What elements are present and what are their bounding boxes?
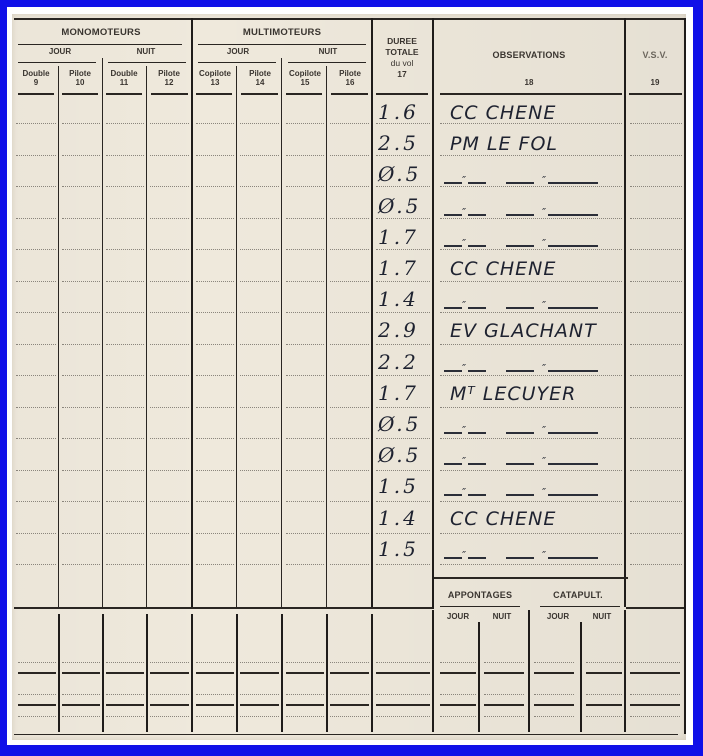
- duree-value: Ø.5: [378, 443, 421, 467]
- footer-row-guide: [286, 662, 324, 663]
- row-guide: [150, 281, 189, 282]
- footer-column-line: [281, 614, 283, 732]
- column-line: [102, 58, 103, 607]
- row-guide: [440, 281, 622, 282]
- duree-value: 1.5: [378, 537, 419, 561]
- row-guide: [196, 155, 234, 156]
- row-guide: [240, 281, 279, 282]
- footer-row-guide: [376, 662, 430, 663]
- row-guide: [196, 375, 234, 376]
- footer-total-line: [286, 704, 324, 706]
- footer-total-line: [534, 672, 574, 674]
- row-guide: [16, 281, 56, 282]
- row-guide: [330, 312, 369, 313]
- row-guide: [330, 470, 369, 471]
- footer-column-line: [236, 614, 238, 732]
- row-guide: [240, 123, 279, 124]
- column-line: [371, 18, 373, 607]
- ditto-mark: ″: [542, 549, 546, 562]
- row-guide: [16, 218, 56, 219]
- footer-box-left: [432, 577, 434, 609]
- footer-row-guide: [484, 662, 524, 663]
- footer-total-line: [586, 672, 622, 674]
- footer-total-line: [62, 672, 100, 674]
- header-vsv-number: 19: [626, 79, 684, 88]
- ditto-dash: [444, 494, 462, 496]
- row-guide: [630, 407, 682, 408]
- ditto-dash: [506, 432, 534, 434]
- observation-text: CC CHENE: [450, 102, 556, 124]
- row-guide: [150, 155, 189, 156]
- duree-value: Ø.5: [378, 162, 421, 186]
- row-guide: [330, 407, 369, 408]
- row-guide: [16, 123, 56, 124]
- footer-row-guide: [62, 694, 100, 695]
- row-guide: [330, 218, 369, 219]
- row-guide: [240, 312, 279, 313]
- row-guide: [150, 564, 189, 565]
- ditto-dash: [468, 307, 486, 309]
- footer-total-line: [440, 704, 476, 706]
- footer-column-line: [102, 614, 104, 732]
- header-rule: [106, 93, 142, 95]
- ditto-dash: [564, 557, 598, 559]
- header-rule: [331, 93, 368, 95]
- footer-total-line: [62, 704, 100, 706]
- column-line: [624, 18, 626, 607]
- row-guide: [106, 155, 144, 156]
- ditto-dash: [444, 432, 462, 434]
- row-guide: [196, 186, 234, 187]
- row-guide: [376, 375, 430, 376]
- row-guide: [630, 281, 682, 282]
- row-guide: [240, 155, 279, 156]
- row-guide: [150, 249, 189, 250]
- column-line: [326, 66, 327, 607]
- top-rule: [14, 18, 684, 20]
- footer-separator: [14, 607, 432, 609]
- row-guide: [196, 344, 234, 345]
- row-guide: [330, 249, 369, 250]
- row-guide: [62, 123, 100, 124]
- header-rule: [151, 93, 188, 95]
- row-guide: [16, 564, 56, 565]
- ditto-mark: ″: [462, 549, 466, 562]
- ditto-mark: ″: [542, 486, 546, 499]
- footer-row-guide: [150, 662, 189, 663]
- row-guide: [196, 470, 234, 471]
- row-guide: [106, 533, 144, 534]
- row-guide: [106, 123, 144, 124]
- row-guide: [330, 155, 369, 156]
- row-guide: [330, 533, 369, 534]
- footer-column-line: [191, 614, 193, 732]
- ditto-dash: [506, 245, 534, 247]
- row-guide: [240, 218, 279, 219]
- ditto-dash: [468, 214, 486, 216]
- ditto-dash: [506, 182, 534, 184]
- row-guide: [240, 564, 279, 565]
- ditto-dash: [564, 370, 598, 372]
- divider: [288, 62, 366, 63]
- row-guide: [106, 501, 144, 502]
- header-monomoteurs: MONOMOTEURS: [16, 28, 186, 38]
- footer-total-line: [240, 672, 279, 674]
- ditto-mark: ″: [542, 206, 546, 219]
- ditto-dash: [548, 214, 564, 216]
- row-guide: [630, 312, 682, 313]
- catapult-nuit: NUIT: [584, 613, 620, 622]
- ditto-mark: ″: [462, 237, 466, 250]
- footer-total-line: [484, 704, 524, 706]
- col-16: Pilote16: [329, 70, 371, 87]
- ditto-mark: ″: [542, 455, 546, 468]
- duree-value: Ø.5: [378, 194, 421, 218]
- row-guide: [62, 249, 100, 250]
- footer-total-line: [240, 704, 279, 706]
- row-guide: [440, 344, 622, 345]
- row-guide: [440, 312, 622, 313]
- header-rule: [62, 93, 98, 95]
- footer-column-line: [624, 610, 626, 732]
- row-guide: [196, 312, 234, 313]
- row-guide: [330, 375, 369, 376]
- row-guide: [196, 281, 234, 282]
- footer-row-guide: [106, 694, 144, 695]
- row-guide: [240, 375, 279, 376]
- row-guide: [106, 438, 144, 439]
- row-guide: [196, 123, 234, 124]
- row-guide: [286, 123, 324, 124]
- row-guide: [240, 501, 279, 502]
- header-mono-nuit: NUIT: [104, 48, 188, 57]
- row-guide: [376, 407, 430, 408]
- row-guide: [196, 407, 234, 408]
- footer-row-guide: [330, 694, 369, 695]
- row-guide: [62, 533, 100, 534]
- row-guide: [286, 375, 324, 376]
- row-guide: [106, 344, 144, 345]
- row-guide: [196, 438, 234, 439]
- ditto-dash: [506, 214, 534, 216]
- row-guide: [62, 375, 100, 376]
- duree-value: 1.4: [378, 506, 419, 530]
- row-guide: [62, 438, 100, 439]
- row-guide: [150, 533, 189, 534]
- divider: [198, 44, 366, 45]
- header-multimoteurs: MULTIMOTEURS: [194, 28, 370, 38]
- ditto-dash: [444, 245, 462, 247]
- header-mono-jour: JOUR: [18, 48, 102, 57]
- row-guide: [16, 344, 56, 345]
- duree-value: 2.5: [378, 131, 419, 155]
- footer-row-guide: [630, 694, 680, 695]
- column-line: [191, 18, 193, 607]
- ditto-dash: [468, 245, 486, 247]
- footer-row-guide: [440, 662, 476, 663]
- ditto-dash: [506, 370, 534, 372]
- header-observations: OBSERVATIONS: [436, 50, 622, 60]
- ditto-dash: [444, 307, 462, 309]
- ditto-dash: [564, 432, 598, 434]
- ditto-dash: [548, 463, 564, 465]
- footer-row-guide: [18, 694, 56, 695]
- col-9: Double9: [16, 70, 56, 87]
- footer-column-line: [580, 622, 582, 732]
- row-guide: [376, 218, 430, 219]
- header-rule: [241, 93, 278, 95]
- footer-total-line: [484, 672, 524, 674]
- footer-row-guide: [330, 716, 369, 717]
- divider: [198, 62, 276, 63]
- footer-row-guide: [534, 716, 574, 717]
- duree-value: 1.7: [378, 225, 419, 249]
- row-guide: [106, 249, 144, 250]
- row-guide: [440, 407, 622, 408]
- row-guide: [106, 186, 144, 187]
- footer-box-top: [432, 577, 628, 579]
- ditto-dash: [548, 432, 564, 434]
- ditto-dash: [548, 307, 564, 309]
- row-guide: [62, 344, 100, 345]
- footer-column-line: [326, 614, 328, 732]
- header-multi-jour: JOUR: [194, 48, 282, 57]
- column-line: [58, 66, 59, 607]
- footer-row-guide: [286, 694, 324, 695]
- row-guide: [196, 249, 234, 250]
- appontages-nuit: NUIT: [484, 613, 520, 622]
- header-rule: [629, 93, 682, 95]
- ditto-mark: ″: [462, 299, 466, 312]
- row-guide: [376, 564, 430, 565]
- footer-separator: [626, 607, 684, 609]
- row-guide: [106, 312, 144, 313]
- row-guide: [150, 312, 189, 313]
- footer-column-line: [432, 610, 434, 732]
- footer-total-line: [630, 672, 680, 674]
- footer-row-guide: [150, 716, 189, 717]
- ditto-dash: [444, 182, 462, 184]
- ditto-dash: [548, 245, 564, 247]
- catapult-jour: JOUR: [540, 613, 576, 622]
- row-guide: [150, 438, 189, 439]
- footer-total-line: [150, 704, 189, 706]
- row-guide: [16, 533, 56, 534]
- row-guide: [16, 155, 56, 156]
- duree-value: 2.9: [378, 318, 419, 342]
- column-line: [281, 58, 282, 607]
- footer-row-guide: [196, 662, 234, 663]
- footer-total-line: [330, 672, 369, 674]
- ditto-dash: [564, 214, 598, 216]
- row-guide: [240, 186, 279, 187]
- ditto-mark: ″: [542, 299, 546, 312]
- footer-row-guide: [484, 716, 524, 717]
- header-rule: [18, 93, 54, 95]
- row-guide: [62, 470, 100, 471]
- footer-row-guide: [18, 716, 56, 717]
- row-guide: [630, 218, 682, 219]
- duree-value: Ø.5: [378, 412, 421, 436]
- row-guide: [196, 218, 234, 219]
- header-rule: [376, 93, 428, 95]
- footer-total-line: [376, 704, 430, 706]
- row-guide: [196, 564, 234, 565]
- duree-value: 2.2: [378, 350, 419, 374]
- row-guide: [106, 407, 144, 408]
- row-guide: [630, 438, 682, 439]
- footer-row-guide: [440, 694, 476, 695]
- footer-row-guide: [630, 662, 680, 663]
- row-guide: [150, 186, 189, 187]
- ditto-mark: ″: [542, 362, 546, 375]
- row-guide: [376, 312, 430, 313]
- row-guide: [16, 249, 56, 250]
- header-duree: DUREETOTALEdu vol17: [374, 36, 430, 80]
- footer-total-line: [440, 672, 476, 674]
- footer-row-guide: [534, 662, 574, 663]
- row-guide: [106, 470, 144, 471]
- footer-total-line: [534, 704, 574, 706]
- observation-text: CC CHENE: [450, 258, 556, 280]
- ditto-dash: [506, 557, 534, 559]
- row-guide: [440, 218, 622, 219]
- header-observations-number: 18: [436, 79, 622, 88]
- ditto-dash: [548, 494, 564, 496]
- ditto-mark: ″: [462, 424, 466, 437]
- row-guide: [150, 123, 189, 124]
- row-guide: [286, 249, 324, 250]
- ditto-dash: [548, 370, 564, 372]
- row-guide: [150, 501, 189, 502]
- footer-column-line: [146, 614, 148, 732]
- row-guide: [62, 312, 100, 313]
- ditto-dash: [564, 494, 598, 496]
- row-guide: [286, 186, 324, 187]
- row-guide: [240, 438, 279, 439]
- duree-value: 1.6: [378, 100, 419, 124]
- row-guide: [286, 155, 324, 156]
- duree-value: 1.7: [378, 256, 419, 280]
- footer-row-guide: [196, 694, 234, 695]
- row-guide: [286, 533, 324, 534]
- row-guide: [630, 375, 682, 376]
- footer-column-line: [58, 614, 60, 732]
- column-line: [432, 18, 434, 577]
- header-vsv: V.S.V.: [626, 50, 684, 60]
- ditto-mark: ″: [462, 174, 466, 187]
- row-guide: [376, 249, 430, 250]
- footer-row-guide: [286, 716, 324, 717]
- divider: [540, 606, 620, 607]
- footer-row-guide: [376, 694, 430, 695]
- divider: [108, 62, 186, 63]
- footer-row-guide: [586, 716, 622, 717]
- footer-row-guide: [586, 694, 622, 695]
- footer-column-line: [478, 622, 480, 732]
- row-guide: [240, 344, 279, 345]
- row-guide: [330, 186, 369, 187]
- row-guide: [150, 375, 189, 376]
- footer-total-line: [196, 672, 234, 674]
- ditto-dash: [564, 182, 598, 184]
- col-12: Pilote12: [149, 70, 189, 87]
- row-guide: [150, 218, 189, 219]
- footer-row-guide: [62, 662, 100, 663]
- row-guide: [286, 344, 324, 345]
- row-guide: [16, 186, 56, 187]
- ditto-dash: [564, 307, 598, 309]
- ditto-dash: [444, 370, 462, 372]
- row-guide: [286, 218, 324, 219]
- row-guide: [286, 470, 324, 471]
- observation-text: PM LE FOL: [450, 133, 558, 155]
- footer-row-guide: [586, 662, 622, 663]
- row-guide: [440, 470, 622, 471]
- row-guide: [376, 344, 430, 345]
- row-guide: [376, 533, 430, 534]
- row-guide: [150, 407, 189, 408]
- row-guide: [286, 564, 324, 565]
- ditto-dash: [444, 463, 462, 465]
- ditto-mark: ″: [542, 424, 546, 437]
- row-guide: [286, 312, 324, 313]
- ditto-dash: [468, 182, 486, 184]
- row-guide: [440, 186, 622, 187]
- row-guide: [106, 375, 144, 376]
- col-11: Double11: [104, 70, 144, 87]
- ditto-dash: [468, 494, 486, 496]
- header-rule: [440, 93, 622, 95]
- row-guide: [16, 407, 56, 408]
- ditto-mark: ″: [542, 174, 546, 187]
- row-guide: [376, 470, 430, 471]
- appontages-jour: JOUR: [440, 613, 476, 622]
- footer-total-line: [18, 672, 56, 674]
- ditto-mark: ″: [462, 362, 466, 375]
- ditto-mark: ″: [462, 455, 466, 468]
- header-multi-nuit: NUIT: [284, 48, 372, 57]
- divider: [18, 44, 182, 45]
- footer-row-guide: [196, 716, 234, 717]
- ditto-dash: [468, 463, 486, 465]
- footer-total-line: [630, 704, 680, 706]
- row-guide: [630, 564, 682, 565]
- row-guide: [62, 281, 100, 282]
- footer-total-line: [18, 704, 56, 706]
- row-guide: [630, 470, 682, 471]
- ditto-dash: [506, 307, 534, 309]
- footer-row-guide: [376, 716, 430, 717]
- footer-row-guide: [484, 694, 524, 695]
- observation-text: EV GLACHANT: [450, 320, 597, 342]
- footer-total-line: [286, 672, 324, 674]
- footer-row-guide: [240, 662, 279, 663]
- duree-value: 1.5: [378, 474, 419, 498]
- logbook-page: MONOMOTEURS MULTIMOTEURS JOUR NUIT JOUR …: [12, 14, 686, 740]
- ditto-dash: [468, 370, 486, 372]
- ditto-dash: [506, 463, 534, 465]
- row-guide: [240, 533, 279, 534]
- header-appontages: APPONTAGES: [436, 590, 524, 600]
- row-guide: [286, 407, 324, 408]
- row-guide: [106, 281, 144, 282]
- divider: [18, 62, 96, 63]
- footer-row-guide: [18, 662, 56, 663]
- row-guide: [286, 281, 324, 282]
- row-guide: [440, 249, 622, 250]
- footer-row-guide: [630, 716, 680, 717]
